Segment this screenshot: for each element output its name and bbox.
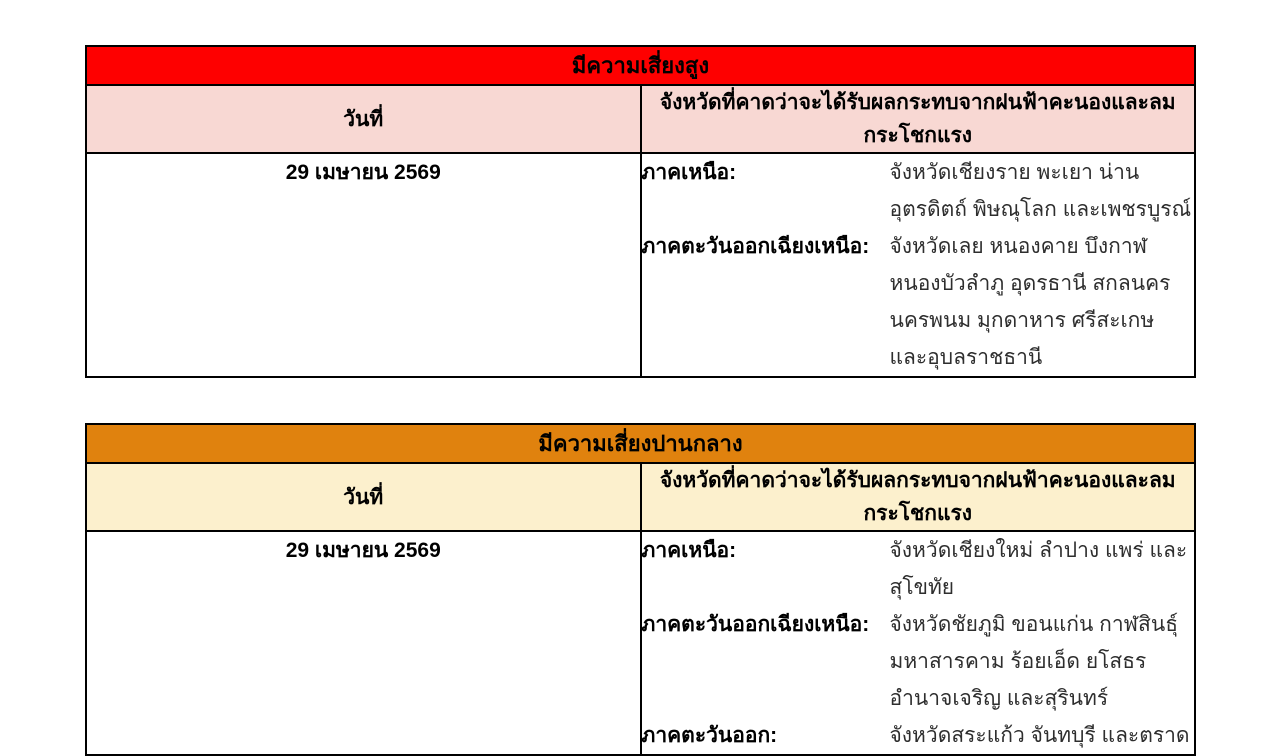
high-risk-title-row: มีความเสี่ยงสูง: [86, 46, 1195, 85]
medium-risk-subheader-row: วันที่ จังหวัดที่คาดว่าจะได้รับผลกระทบจา…: [86, 463, 1195, 531]
region-label: ภาคเหนือ:: [642, 532, 890, 561]
high-risk-table: มีความเสี่ยงสูง วันที่ จังหวัดที่คาดว่าจ…: [85, 45, 1196, 378]
table-row: 29 เมษายน 2569 ภาคเหนือ: จังหวัดเชียงราย…: [86, 153, 1195, 377]
region-row: ภาคเหนือ: จังหวัดเชียงใหม่ ลำปาง แพร่ แล…: [642, 532, 1195, 561]
date-column-header: วันที่: [86, 85, 641, 153]
region-provinces: จังหวัดเลย หนองคาย บึงกาฬ หนองบัวลำภู อุ…: [890, 228, 1195, 376]
regions-cell: ภาคเหนือ: จังหวัดเชียงใหม่ ลำปาง แพร่ แล…: [641, 531, 1196, 561]
high-risk-title: มีความเสี่ยงสูง: [86, 46, 1195, 85]
date-value: 29 เมษายน 2569: [86, 531, 641, 561]
medium-risk-title: มีความเสี่ยงปานกลาง: [86, 424, 1195, 463]
table-row: 29 เมษายน 2569 ภาคเหนือ: จังหวัดเชียงใหม…: [86, 531, 1195, 561]
regions-cell: ภาคเหนือ: จังหวัดเชียงราย พะเยา น่าน อุต…: [641, 153, 1196, 377]
impact-column-header: จังหวัดที่คาดว่าจะได้รับผลกระทบจากฝนฟ้าค…: [641, 85, 1196, 153]
region-row: ภาคเหนือ: จังหวัดเชียงราย พะเยา น่าน อุต…: [642, 154, 1195, 228]
region-provinces: จังหวัดเชียงราย พะเยา น่าน อุตรดิตถ์ พิษ…: [890, 154, 1195, 228]
region-label: ภาคเหนือ:: [642, 154, 890, 191]
medium-risk-title-row: มีความเสี่ยงปานกลาง: [86, 424, 1195, 463]
page: มีความเสี่ยงสูง วันที่ จังหวัดที่คาดว่าจ…: [85, 45, 1196, 561]
date-column-header: วันที่: [86, 463, 641, 531]
medium-risk-table: มีความเสี่ยงปานกลาง วันที่ จังหวัดที่คาด…: [85, 423, 1196, 561]
region-label: ภาคตะวันออกเฉียงเหนือ:: [642, 228, 890, 265]
region-row: ภาคตะวันออกเฉียงเหนือ: จังหวัดเลย หนองคา…: [642, 228, 1195, 376]
high-risk-subheader-row: วันที่ จังหวัดที่คาดว่าจะได้รับผลกระทบจา…: [86, 85, 1195, 153]
impact-column-header: จังหวัดที่คาดว่าจะได้รับผลกระทบจากฝนฟ้าค…: [641, 463, 1196, 531]
region-provinces: จังหวัดเชียงใหม่ ลำปาง แพร่ และสุโขทัย: [890, 532, 1195, 561]
date-value: 29 เมษายน 2569: [86, 153, 641, 377]
